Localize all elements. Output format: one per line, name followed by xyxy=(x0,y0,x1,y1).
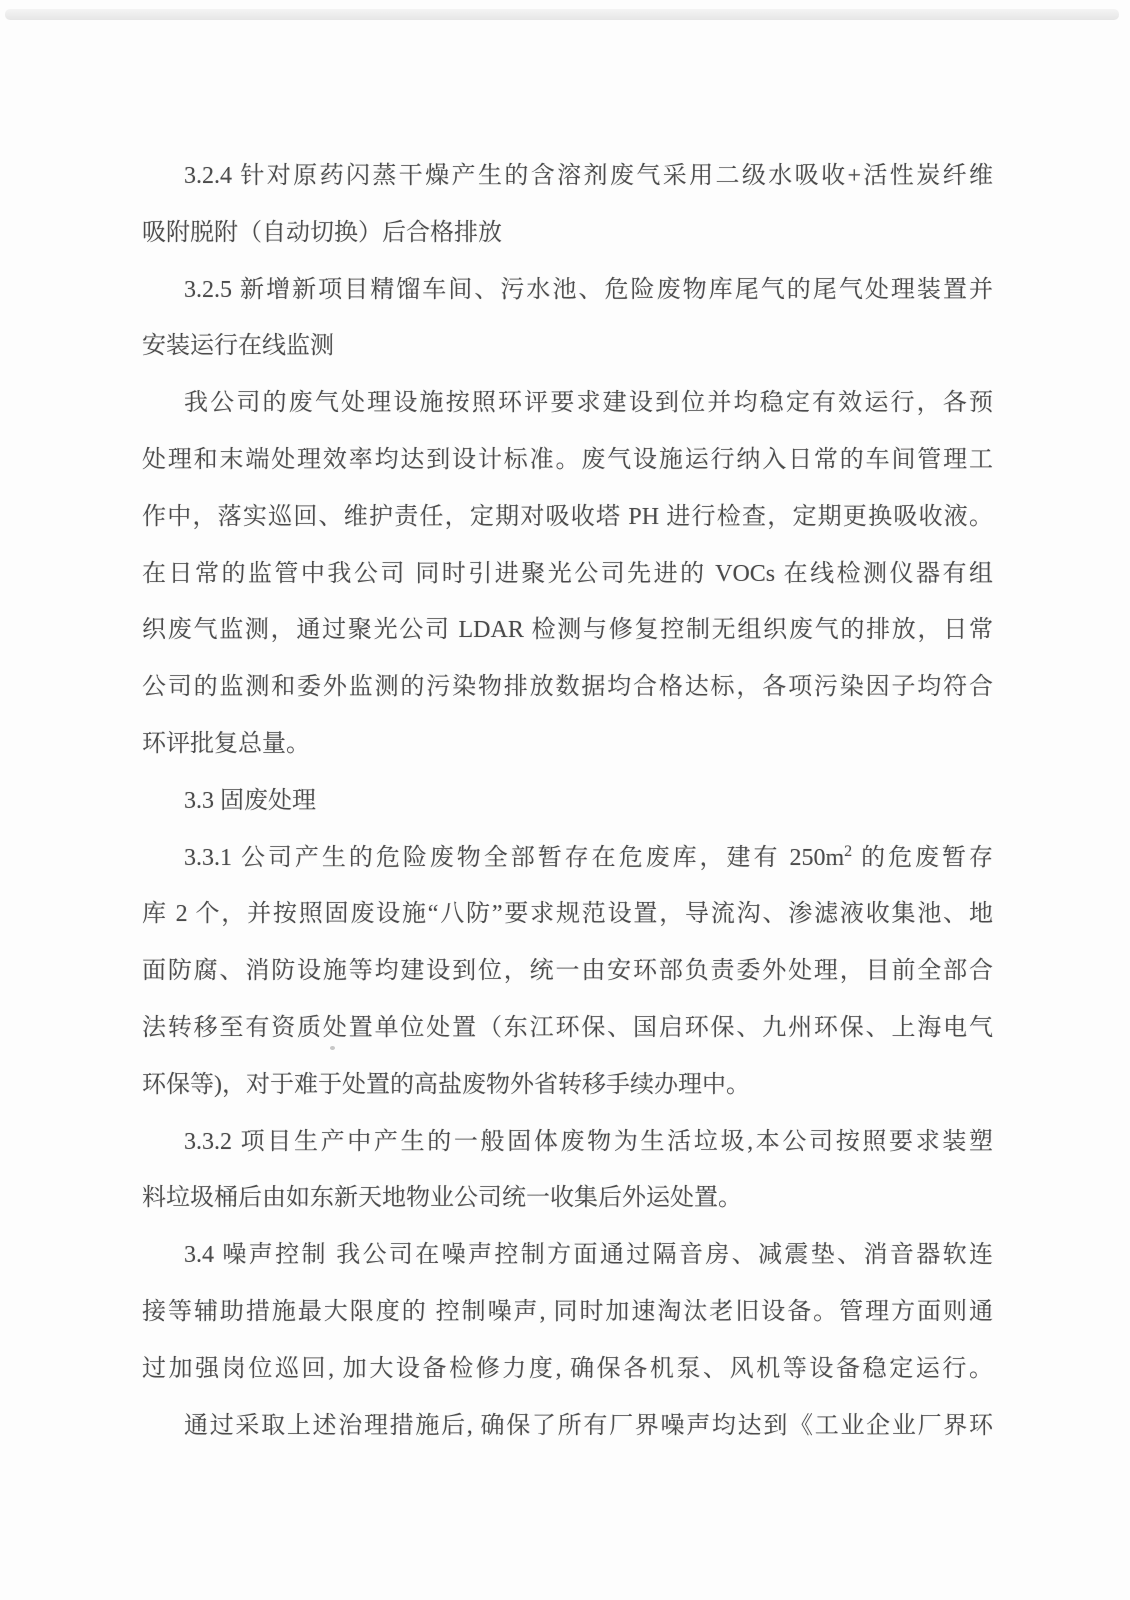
paragraph-section-3-3-heading: 3.3 固废处理 xyxy=(142,773,993,830)
scan-artifact-band xyxy=(5,9,1119,20)
text-line: 环评批复总量。 xyxy=(142,716,993,773)
text-line: 法转移至有资质处置单位处置（东江环保、国启环保、九州环保、上海电气 xyxy=(142,1000,993,1057)
text-line: 织废气监测，通过聚光公司 LDAR 检测与修复控制无组织废气的排放，日常 xyxy=(142,602,993,659)
paragraph-section-3-2-5: 3.2.5 新增新项目精馏车间、污水池、危险废物库尾气的尾气处理装置并安装运行在… xyxy=(142,262,993,376)
text-line: 公司的监测和委外监测的污染物排放数据均合格达标，各项污染因子均符合 xyxy=(142,659,993,716)
text-line: 3.3 固废处理 xyxy=(142,773,993,830)
text-line: 3.3.1 公司产生的危险废物全部暂存在危废库，建有 250m2 的危废暂存 xyxy=(142,830,993,887)
text-line: 我公司的废气处理设施按照环评要求建设到位并均稳定有效运行，各预 xyxy=(142,375,993,432)
text-line: 面防腐、消防设施等均建设到位，统一由安环部负责委外处理，目前全部合 xyxy=(142,943,993,1000)
text-line: 吸附脱附（自动切换）后合格排放 xyxy=(142,205,993,262)
text-line: 安装运行在线监测 xyxy=(142,318,993,375)
text-line: 通过采取上述治理措施后, 确保了所有厂界噪声均达到《工业企业厂界环 xyxy=(142,1398,993,1455)
text-line: 库 2 个，并按照固废设施“八防”要求规范设置，导流沟、渗滤液收集池、地 xyxy=(142,886,993,943)
text-line: 环保等)，对于难于处置的高盐废物外省转移手续办理中。 xyxy=(142,1057,993,1114)
text-line: 3.3.2 项目生产中产生的一般固体废物为生活垃圾,本公司按照要求装塑 xyxy=(142,1114,993,1171)
text-line: 作中，落实巡回、维护责任，定期对吸收塔 PH 进行检查，定期更换吸收液。 xyxy=(142,489,993,546)
superscript: 2 xyxy=(844,843,852,860)
paragraph-noise-result: 通过采取上述治理措施后, 确保了所有厂界噪声均达到《工业企业厂界环 xyxy=(142,1398,993,1455)
text-line: 3.2.5 新增新项目精馏车间、污水池、危险废物库尾气的尾气处理装置并 xyxy=(142,262,993,319)
text-line: 接等辅助措施最大限度的 控制噪声, 同时加速淘汰老旧设备。管理方面则通 xyxy=(142,1284,993,1341)
text-line: 过加强岗位巡回, 加大设备检修力度, 确保各机泵、风机等设备稳定运行。 xyxy=(142,1341,993,1398)
paragraph-section-3-3-2: 3.3.2 项目生产中产生的一般固体废物为生活垃圾,本公司按照要求装塑料垃圾桶后… xyxy=(142,1114,993,1228)
paragraph-section-3-3-1: 3.3.1 公司产生的危险废物全部暂存在危废库，建有 250m2 的危废暂存库 … xyxy=(142,830,993,1114)
text-line: 处理和末端处理效率均达到设计标准。废气设施运行纳入日常的车间管理工 xyxy=(142,432,993,489)
text-line: 3.2.4 针对原药闪蒸干燥产生的含溶剂废气采用二级水吸收+活性炭纤维 xyxy=(142,148,993,205)
text-line: 料垃圾桶后由如东新天地物业公司统一收集后外运处置。 xyxy=(142,1170,993,1227)
paragraph-section-3-4: 3.4 噪声控制 我公司在噪声控制方面通过隔音房、减震垫、消音器软连接等辅助措施… xyxy=(142,1227,993,1397)
text-segment: 的危废暂存 xyxy=(852,845,993,871)
text-line: 3.4 噪声控制 我公司在噪声控制方面通过隔音房、减震垫、消音器软连 xyxy=(142,1227,993,1284)
paragraph-section-3-2-4: 3.2.4 针对原药闪蒸干燥产生的含溶剂废气采用二级水吸收+活性炭纤维吸附脱附（… xyxy=(142,148,993,262)
text-line: 在日常的监管中我公司 同时引进聚光公司先进的 VOCs 在线检测仪器有组 xyxy=(142,546,993,603)
paragraph-waste-gas-operation: 我公司的废气处理设施按照环评要求建设到位并均稳定有效运行，各预处理和末端处理效率… xyxy=(142,375,993,773)
document-text-block: 3.2.4 针对原药闪蒸干燥产生的含溶剂废气采用二级水吸收+活性炭纤维吸附脱附（… xyxy=(142,148,993,1454)
text-segment: 3.3.1 公司产生的危险废物全部暂存在危废库，建有 250m xyxy=(184,845,844,871)
